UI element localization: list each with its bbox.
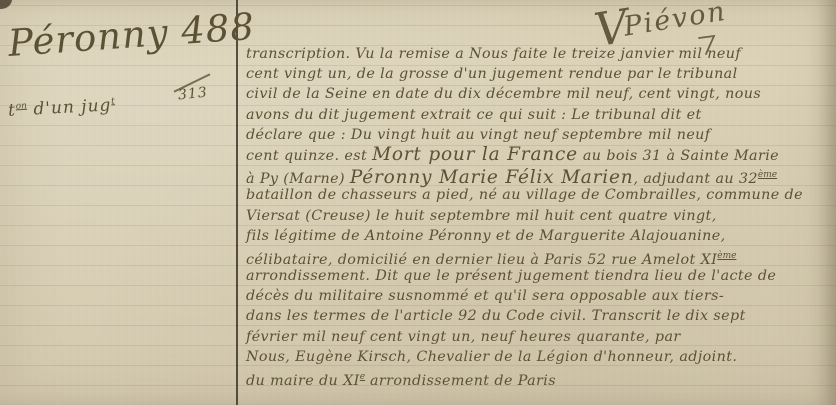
corner-ink-mark [0, 0, 12, 9]
text-segment: du maire du XI [246, 373, 360, 389]
text-segment: au bois 31 à Sainte Marie [578, 148, 779, 164]
margin-divider-rule [236, 0, 238, 405]
manuscript-line: fils légitime de Antoine Péronny et de M… [246, 226, 832, 246]
surname-label: Péronny [7, 11, 170, 65]
manuscript-line: Nous, Eugène Kirsch, Chevalier de la Lég… [246, 347, 832, 367]
manuscript-line: du maire du XIe arrondissement de Paris [246, 367, 832, 387]
manuscript-line: dans les termes de l'article 92 du Code … [246, 306, 832, 326]
text-segment: bataillon de chasseurs a pied, né au vil… [246, 187, 803, 203]
text-segment: Nous, Eugène Kirsch, Chevalier de la Lég… [246, 349, 737, 365]
act-number-secondary: 313 [177, 84, 208, 103]
text-segment: transcription. Vu la remise a Nous faite… [246, 46, 741, 62]
text-segment: cent quinze. est [246, 148, 372, 164]
text-segment: arrondissement. Dit que le présent jugem… [246, 268, 776, 284]
manuscript-line: cent quinze. est Mort pour la France au … [246, 145, 832, 165]
text-segment: t [111, 97, 115, 107]
manuscript-line: déclare que : Du vingt huit au vingt neu… [246, 125, 832, 145]
text-segment: civil de la Seine en date du dix décembr… [246, 86, 761, 102]
text-segment: Mort pour la France [372, 144, 578, 165]
text-segment: on [15, 101, 27, 112]
margin-note-abbreviation: ton d'un jugt [8, 95, 116, 121]
manuscript-line: février mil neuf cent vingt un, neuf heu… [246, 327, 832, 347]
manuscript-line: transcription. Vu la remise a Nous faite… [246, 44, 832, 64]
manuscript-line: civil de la Seine en date du dix décembr… [246, 84, 832, 104]
text-segment: ème [758, 170, 777, 180]
text-segment: dans les termes de l'article 92 du Code … [246, 308, 746, 324]
act-number: 488 [180, 5, 256, 53]
text-segment: Viersat (Creuse) le huit septembre mil h… [246, 208, 717, 224]
text-segment: arrondissement de Paris [365, 373, 556, 389]
text-segment: février mil neuf cent vingt un, neuf heu… [246, 329, 681, 345]
manuscript-line: cent vingt un, de la grosse d'un jugemen… [246, 64, 832, 84]
manuscript-line: à Py (Marne) Péronny Marie Félix Marien,… [246, 165, 832, 185]
text-segment: cent vingt un, de la grosse d'un jugemen… [246, 66, 738, 82]
margin-heading: Péronny 488 [7, 6, 239, 65]
manuscript-body: transcription. Vu la remise a Nous faite… [246, 44, 832, 387]
text-segment: déclare que : Du vingt huit au vingt neu… [246, 127, 710, 143]
text-segment: ème [717, 251, 736, 261]
manuscript-line: bataillon de chasseurs a pied, né au vil… [246, 185, 832, 205]
text-segment: décès du militaire susnommé et qu'il ser… [246, 288, 724, 304]
manuscript-line: Viersat (Creuse) le huit septembre mil h… [246, 206, 832, 226]
manuscript-line: décès du militaire susnommé et qu'il ser… [246, 286, 832, 306]
manuscript-line: arrondissement. Dit que le présent jugem… [246, 266, 832, 286]
text-segment: d'un jug [27, 95, 112, 119]
text-segment: avons du dit jugement extrait ce qui sui… [246, 107, 702, 123]
manuscript-line: célibataire, domicilié en dernier lieu à… [246, 246, 832, 266]
text-segment: fils légitime de Antoine Péronny et de M… [246, 228, 726, 244]
register-page: Péronny 488 313 ton d'un jugt VPiévon tr… [0, 0, 836, 405]
manuscript-line: avons du dit jugement extrait ce qui sui… [246, 105, 832, 125]
